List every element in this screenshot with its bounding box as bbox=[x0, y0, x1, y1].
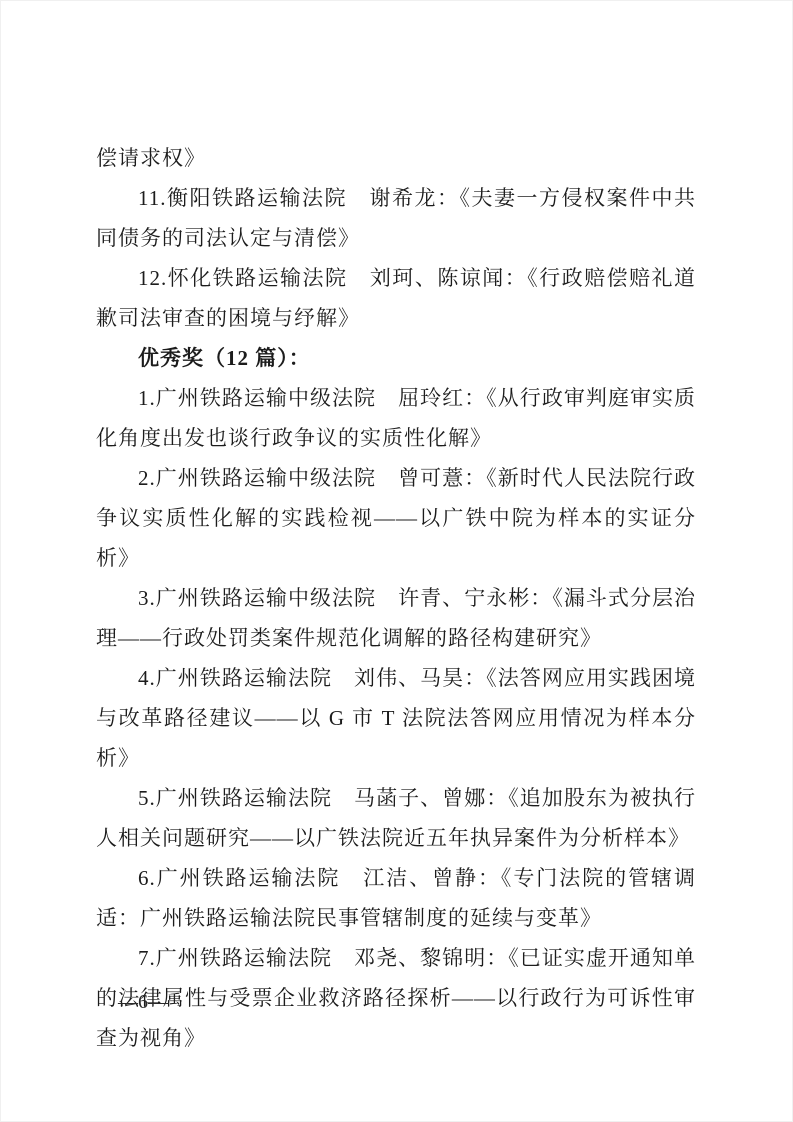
page-number: —6— bbox=[118, 991, 168, 1013]
section-heading: 优秀奖（12 篇）： bbox=[96, 338, 696, 378]
excellence-item-2: 2.广州铁路运输中级法院 曾可薏：《新时代人民法院行政争议实质性化解的实践检视—… bbox=[96, 458, 696, 578]
excellence-item-6: 6.广州铁路运输法院 江洁、曾静：《专门法院的管辖调适：广州铁路运输法院民事管辖… bbox=[96, 858, 696, 938]
award-item-11: 11.衡阳铁路运输法院 谢希龙：《夫妻一方侵权案件中共同债务的司法认定与清偿》 bbox=[96, 178, 696, 258]
document-body: 偿请求权》 11.衡阳铁路运输法院 谢希龙：《夫妻一方侵权案件中共同债务的司法认… bbox=[96, 138, 696, 1058]
excellence-item-1: 1.广州铁路运输中级法院 屈玲红：《从行政审判庭审实质化角度出发也谈行政争议的实… bbox=[96, 378, 696, 458]
document-page: { "ink_color": "#1c1c1c", "document": { … bbox=[0, 0, 793, 1122]
award-item-12: 12.怀化铁路运输法院 刘珂、陈谅闻：《行政赔偿赔礼道歉司法审查的困境与纾解》 bbox=[96, 258, 696, 338]
excellence-item-5: 5.广州铁路运输法院 马菡子、曾娜：《追加股东为被执行人相关问题研究——以广铁法… bbox=[96, 778, 696, 858]
excellence-item-7: 7.广州铁路运输法院 邓尧、黎锦明：《已证实虚开通知单的法律属性与受票企业救济路… bbox=[96, 938, 696, 1058]
excellence-item-4: 4.广州铁路运输法院 刘伟、马昊：《法答网应用实践困境与改革路径建议——以 G … bbox=[96, 658, 696, 778]
continuation-paragraph: 偿请求权》 bbox=[96, 138, 696, 178]
excellence-item-3: 3.广州铁路运输中级法院 许青、宁永彬：《漏斗式分层治理——行政处罚类案件规范化… bbox=[96, 578, 696, 658]
